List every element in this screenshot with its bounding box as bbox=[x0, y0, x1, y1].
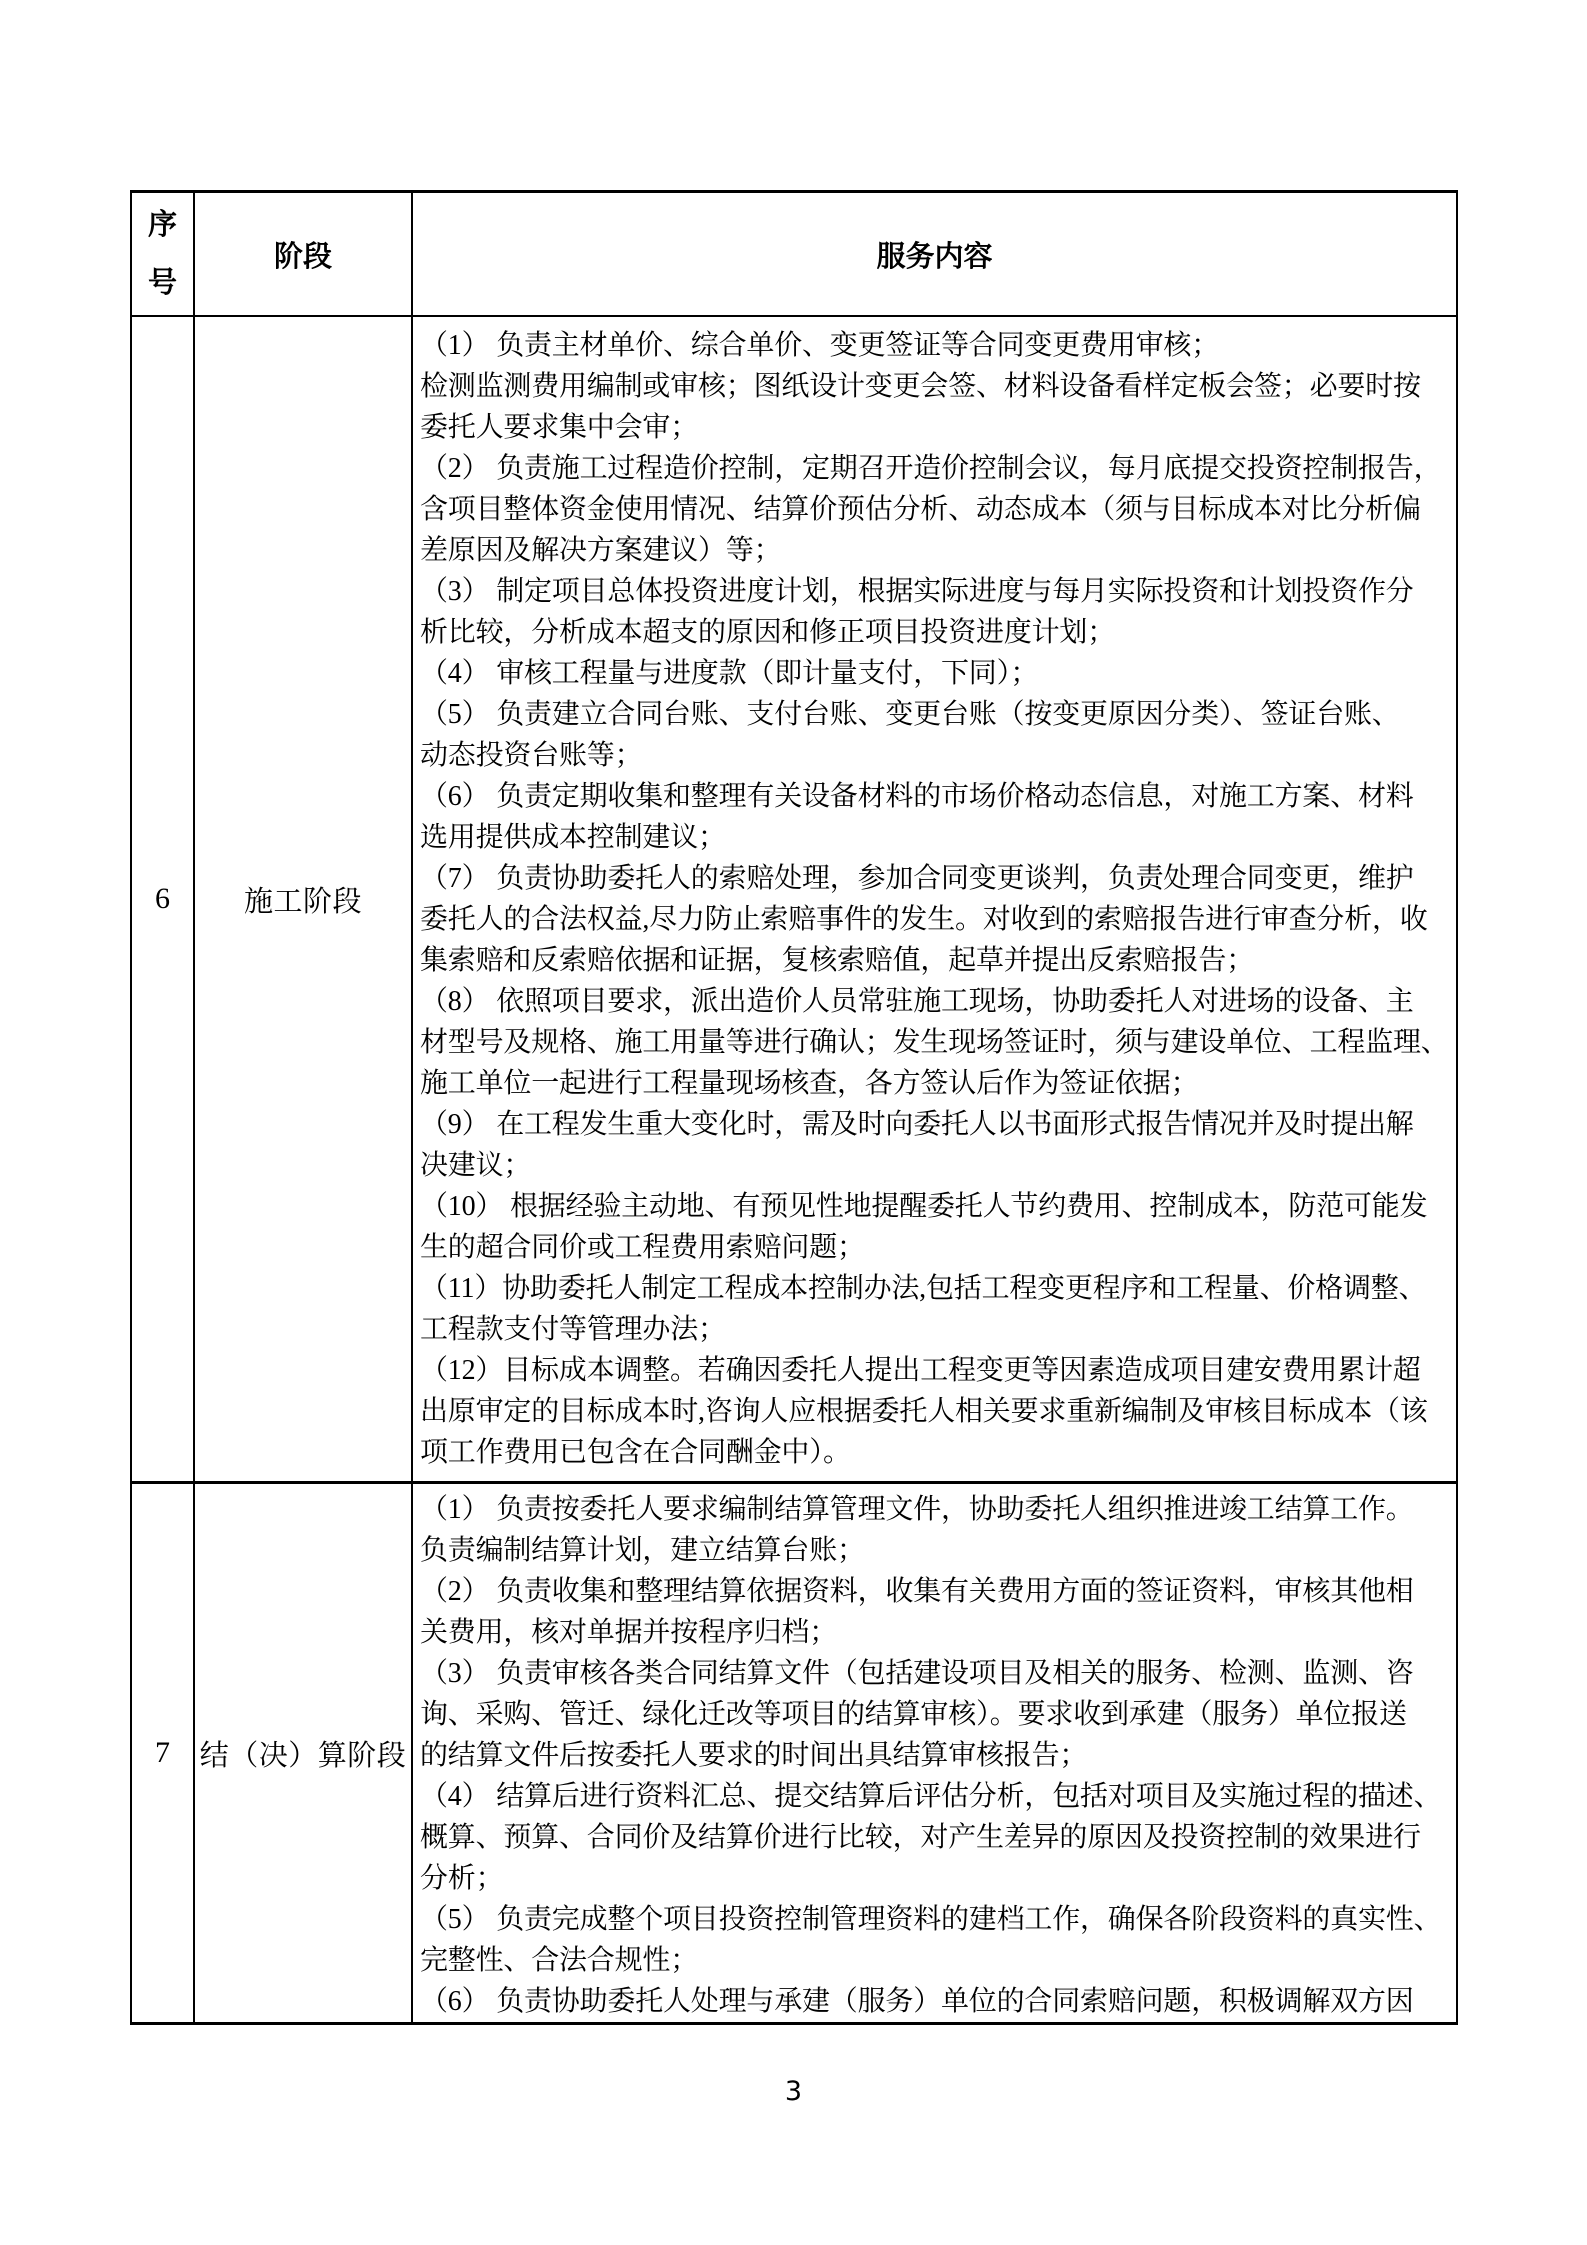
service-content-line: 差原因及解决方案建议）等； bbox=[420, 530, 1452, 571]
service-content-line: 出原审定的目标成本时,咨询人应根据委托人相关要求重新编制及审核目标成本（该 bbox=[420, 1391, 1452, 1432]
row-7-seq-no: 7 bbox=[132, 1484, 195, 2025]
service-content-line: （1） 负责按委托人要求编制结算管理文件，协助委托人组织推进竣工结算工作。 bbox=[420, 1489, 1452, 1530]
service-content-line: （7） 负责协助委托人的索赔处理，参加合同变更谈判，负责处理合同变更，维护 bbox=[420, 858, 1452, 899]
service-content-line: （5） 负责建立合同台账、支付台账、变更台账（按变更原因分类）、签证台账、 bbox=[420, 694, 1452, 735]
service-content-line: （12）目标成本调整。若确因委托人提出工程变更等因素造成项目建安费用累计超 bbox=[420, 1350, 1452, 1391]
service-content-line: 集索赔和反索赔依据和证据，复核索赔值，起草并提出反索赔报告； bbox=[420, 940, 1452, 981]
service-content-line: （10） 根据经验主动地、有预见性地提醒委托人节约费用、控制成本，防范可能发 bbox=[420, 1186, 1452, 1227]
header-stage: 阶段 bbox=[195, 193, 413, 317]
service-content-line: （5） 负责完成整个项目投资控制管理资料的建档工作，确保各阶段资料的真实性、 bbox=[420, 1899, 1452, 1940]
header-seq-no-line-1: 序 bbox=[148, 196, 177, 254]
document-page: 序 号 阶段 服务内容 6 施工阶段 （1） 负责主材单价、综合单价、变更签证等… bbox=[0, 0, 1587, 2245]
row-6-service-content: （1） 负责主材单价、综合单价、变更签证等合同变更费用审核；检测监测费用编制或审… bbox=[413, 317, 1458, 1484]
service-content-line: （3） 负责审核各类合同结算文件（包括建设项目及相关的服务、检测、监测、咨 bbox=[420, 1653, 1452, 1694]
service-content-line: （2） 负责施工过程造价控制，定期召开造价控制会议，每月底提交投资控制报告， bbox=[420, 448, 1452, 489]
service-content-line: （6） 负责协助委托人处理与承建（服务）单位的合同索赔问题，积极调解双方因 bbox=[420, 1981, 1452, 2022]
service-content-line: （9） 在工程发生重大变化时，需及时向委托人以书面形式报告情况并及时提出解 bbox=[420, 1104, 1452, 1145]
service-content-line: 委托人的合法权益,尽力防止索赔事件的发生。对收到的索赔报告进行审查分析，收 bbox=[420, 899, 1452, 940]
header-seq-no: 序 号 bbox=[132, 193, 195, 317]
service-content-line: 施工单位一起进行工程量现场核查，各方签认后作为签证依据； bbox=[420, 1063, 1452, 1104]
service-content-line: 材型号及规格、施工用量等进行确认；发生现场签证时，须与建设单位、工程监理、 bbox=[420, 1022, 1452, 1063]
service-content-line: 含项目整体资金使用情况、结算价预估分析、动态成本（须与目标成本对比分析偏 bbox=[420, 489, 1452, 530]
service-content-line: （8） 依照项目要求，派出造价人员常驻施工现场，协助委托人对进场的设备、主 bbox=[420, 981, 1452, 1022]
service-content-line: 项工作费用已包含在合同酬金中）。 bbox=[420, 1432, 1452, 1473]
service-content-line: 的结算文件后按委托人要求的时间出具结算审核报告； bbox=[420, 1735, 1452, 1776]
row-6-seq-no: 6 bbox=[132, 317, 195, 1484]
header-seq-no-line-2: 号 bbox=[148, 254, 177, 312]
service-content-line: （1） 负责主材单价、综合单价、变更签证等合同变更费用审核； bbox=[420, 325, 1452, 366]
service-content-line: 动态投资台账等； bbox=[420, 735, 1452, 776]
row-7-service-content: （1） 负责按委托人要求编制结算管理文件，协助委托人组织推进竣工结算工作。负责编… bbox=[413, 1484, 1458, 2025]
service-content-line: 委托人要求集中会审； bbox=[420, 407, 1452, 448]
service-content-line: 选用提供成本控制建议； bbox=[420, 817, 1452, 858]
service-content-line: （2） 负责收集和整理结算依据资料，收集有关费用方面的签证资料，审核其他相 bbox=[420, 1571, 1452, 1612]
service-content-line: 工程款支付等管理办法； bbox=[420, 1309, 1452, 1350]
service-content-line: 析比较，分析成本超支的原因和修正项目投资进度计划； bbox=[420, 612, 1452, 653]
header-service-content: 服务内容 bbox=[413, 193, 1458, 317]
service-content-line: （3） 制定项目总体投资进度计划，根据实际进度与每月实际投资和计划投资作分 bbox=[420, 571, 1452, 612]
service-content-line: 询、采购、管迁、绿化迁改等项目的结算审核）。要求收到承建（服务）单位报送 bbox=[420, 1694, 1452, 1735]
page-number: 3 bbox=[0, 2076, 1587, 2107]
service-content-line: 关费用，核对单据并按程序归档； bbox=[420, 1612, 1452, 1653]
service-content-line: 检测监测费用编制或审核；图纸设计变更会签、材料设备看样定板会签；必要时按 bbox=[420, 366, 1452, 407]
service-content-line: 概算、预算、合同价及结算价进行比较，对产生差异的原因及投资控制的效果进行 bbox=[420, 1817, 1452, 1858]
row-7-stage: 结（决）算阶段 bbox=[195, 1484, 413, 2025]
service-table: 序 号 阶段 服务内容 6 施工阶段 （1） 负责主材单价、综合单价、变更签证等… bbox=[130, 190, 1458, 2025]
service-content-line: （4） 审核工程量与进度款（即计量支付，下同）； bbox=[420, 653, 1452, 694]
service-content-line: 决建议； bbox=[420, 1145, 1452, 1186]
service-content-line: （11）协助委托人制定工程成本控制办法,包括工程变更程序和工程量、价格调整、 bbox=[420, 1268, 1452, 1309]
service-content-line: 分析； bbox=[420, 1858, 1452, 1899]
service-content-line: 完整性、合法合规性； bbox=[420, 1940, 1452, 1981]
service-content-line: （4） 结算后进行资料汇总、提交结算后评估分析，包括对项目及实施过程的描述、 bbox=[420, 1776, 1452, 1817]
service-content-line: （6） 负责定期收集和整理有关设备材料的市场价格动态信息，对施工方案、材料 bbox=[420, 776, 1452, 817]
service-content-line: 生的超合同价或工程费用索赔问题； bbox=[420, 1227, 1452, 1268]
service-content-line: 负责编制结算计划，建立结算台账； bbox=[420, 1530, 1452, 1571]
row-6-stage: 施工阶段 bbox=[195, 317, 413, 1484]
